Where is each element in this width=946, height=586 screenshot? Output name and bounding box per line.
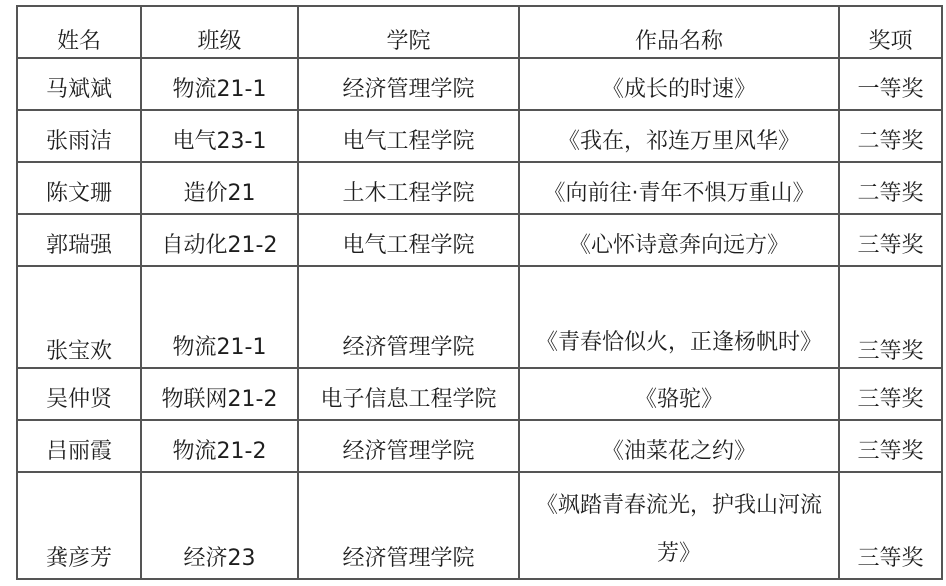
cell-class: 自动化21-2 <box>141 214 298 266</box>
cell-college: 土木工程学院 <box>298 162 519 214</box>
cell-college: 经济管理学院 <box>298 58 519 110</box>
cell-college: 经济管理学院 <box>298 472 519 579</box>
cell-class: 物流21-2 <box>141 420 298 472</box>
cell-name: 吴仲贤 <box>17 368 141 420</box>
cell-class: 经济23 <box>141 472 298 579</box>
cell-college: 经济管理学院 <box>298 266 519 368</box>
cell-award: 三等奖 <box>839 266 942 368</box>
cell-work: 《青春恰似火，正逢杨帆时》 <box>519 266 839 368</box>
cell-name: 龚彦芳 <box>17 472 141 579</box>
cell-class: 造价21 <box>141 162 298 214</box>
cell-class: 物流21-1 <box>141 266 298 368</box>
header-class: 班级 <box>141 6 298 58</box>
header-work: 作品名称 <box>519 6 839 58</box>
cell-work: 《心怀诗意奔向远方》 <box>519 214 839 266</box>
cell-award: 一等奖 <box>839 58 942 110</box>
header-college: 学院 <box>298 6 519 58</box>
cell-college: 经济管理学院 <box>298 420 519 472</box>
cell-award: 三等奖 <box>839 472 942 579</box>
cell-award: 三等奖 <box>839 420 942 472</box>
table-row: 马斌斌 物流21-1 经济管理学院 《成长的时速》 一等奖 <box>17 58 942 110</box>
header-award: 奖项 <box>839 6 942 58</box>
cell-name: 郭瑞强 <box>17 214 141 266</box>
table-row: 张雨洁 电气23-1 电气工程学院 《我在，祁连万里风华》 二等奖 <box>17 110 942 162</box>
cell-name: 马斌斌 <box>17 58 141 110</box>
cell-college: 电子信息工程学院 <box>298 368 519 420</box>
cell-work: 《油菜花之约》 <box>519 420 839 472</box>
header-name: 姓名 <box>17 6 141 58</box>
table-row: 郭瑞强 自动化21-2 电气工程学院 《心怀诗意奔向远方》 三等奖 <box>17 214 942 266</box>
cell-class: 电气23-1 <box>141 110 298 162</box>
table-row: 张宝欢 物流21-1 经济管理学院 《青春恰似火，正逢杨帆时》 三等奖 <box>17 266 942 368</box>
table-row: 吴仲贤 物联网21-2 电子信息工程学院 《骆驼》 三等奖 <box>17 368 942 420</box>
cell-work: 《飒踏青春流光，护我山河流芳》 <box>519 472 839 579</box>
cell-award: 二等奖 <box>839 162 942 214</box>
cell-work: 《骆驼》 <box>519 368 839 420</box>
cell-work: 《向前往·青年不惧万重山》 <box>519 162 839 214</box>
cell-college: 电气工程学院 <box>298 110 519 162</box>
cell-name: 张雨洁 <box>17 110 141 162</box>
cell-college: 电气工程学院 <box>298 214 519 266</box>
cell-award: 三等奖 <box>839 368 942 420</box>
header-row: 姓名 班级 学院 作品名称 奖项 <box>17 6 942 58</box>
table-row: 吕丽霞 物流21-2 经济管理学院 《油菜花之约》 三等奖 <box>17 420 942 472</box>
cell-award: 二等奖 <box>839 110 942 162</box>
table-row: 龚彦芳 经济23 经济管理学院 《飒踏青春流光，护我山河流芳》 三等奖 <box>17 472 942 579</box>
table-row: 陈文珊 造价21 土木工程学院 《向前往·青年不惧万重山》 二等奖 <box>17 162 942 214</box>
awards-table: 姓名 班级 学院 作品名称 奖项 马斌斌 物流21-1 经济管理学院 《成长的时… <box>16 5 943 580</box>
cell-name: 吕丽霞 <box>17 420 141 472</box>
cell-work: 《我在，祁连万里风华》 <box>519 110 839 162</box>
cell-work: 《成长的时速》 <box>519 58 839 110</box>
cell-class: 物流21-1 <box>141 58 298 110</box>
cell-award: 三等奖 <box>839 214 942 266</box>
cell-class: 物联网21-2 <box>141 368 298 420</box>
cell-name: 陈文珊 <box>17 162 141 214</box>
cell-name: 张宝欢 <box>17 266 141 368</box>
